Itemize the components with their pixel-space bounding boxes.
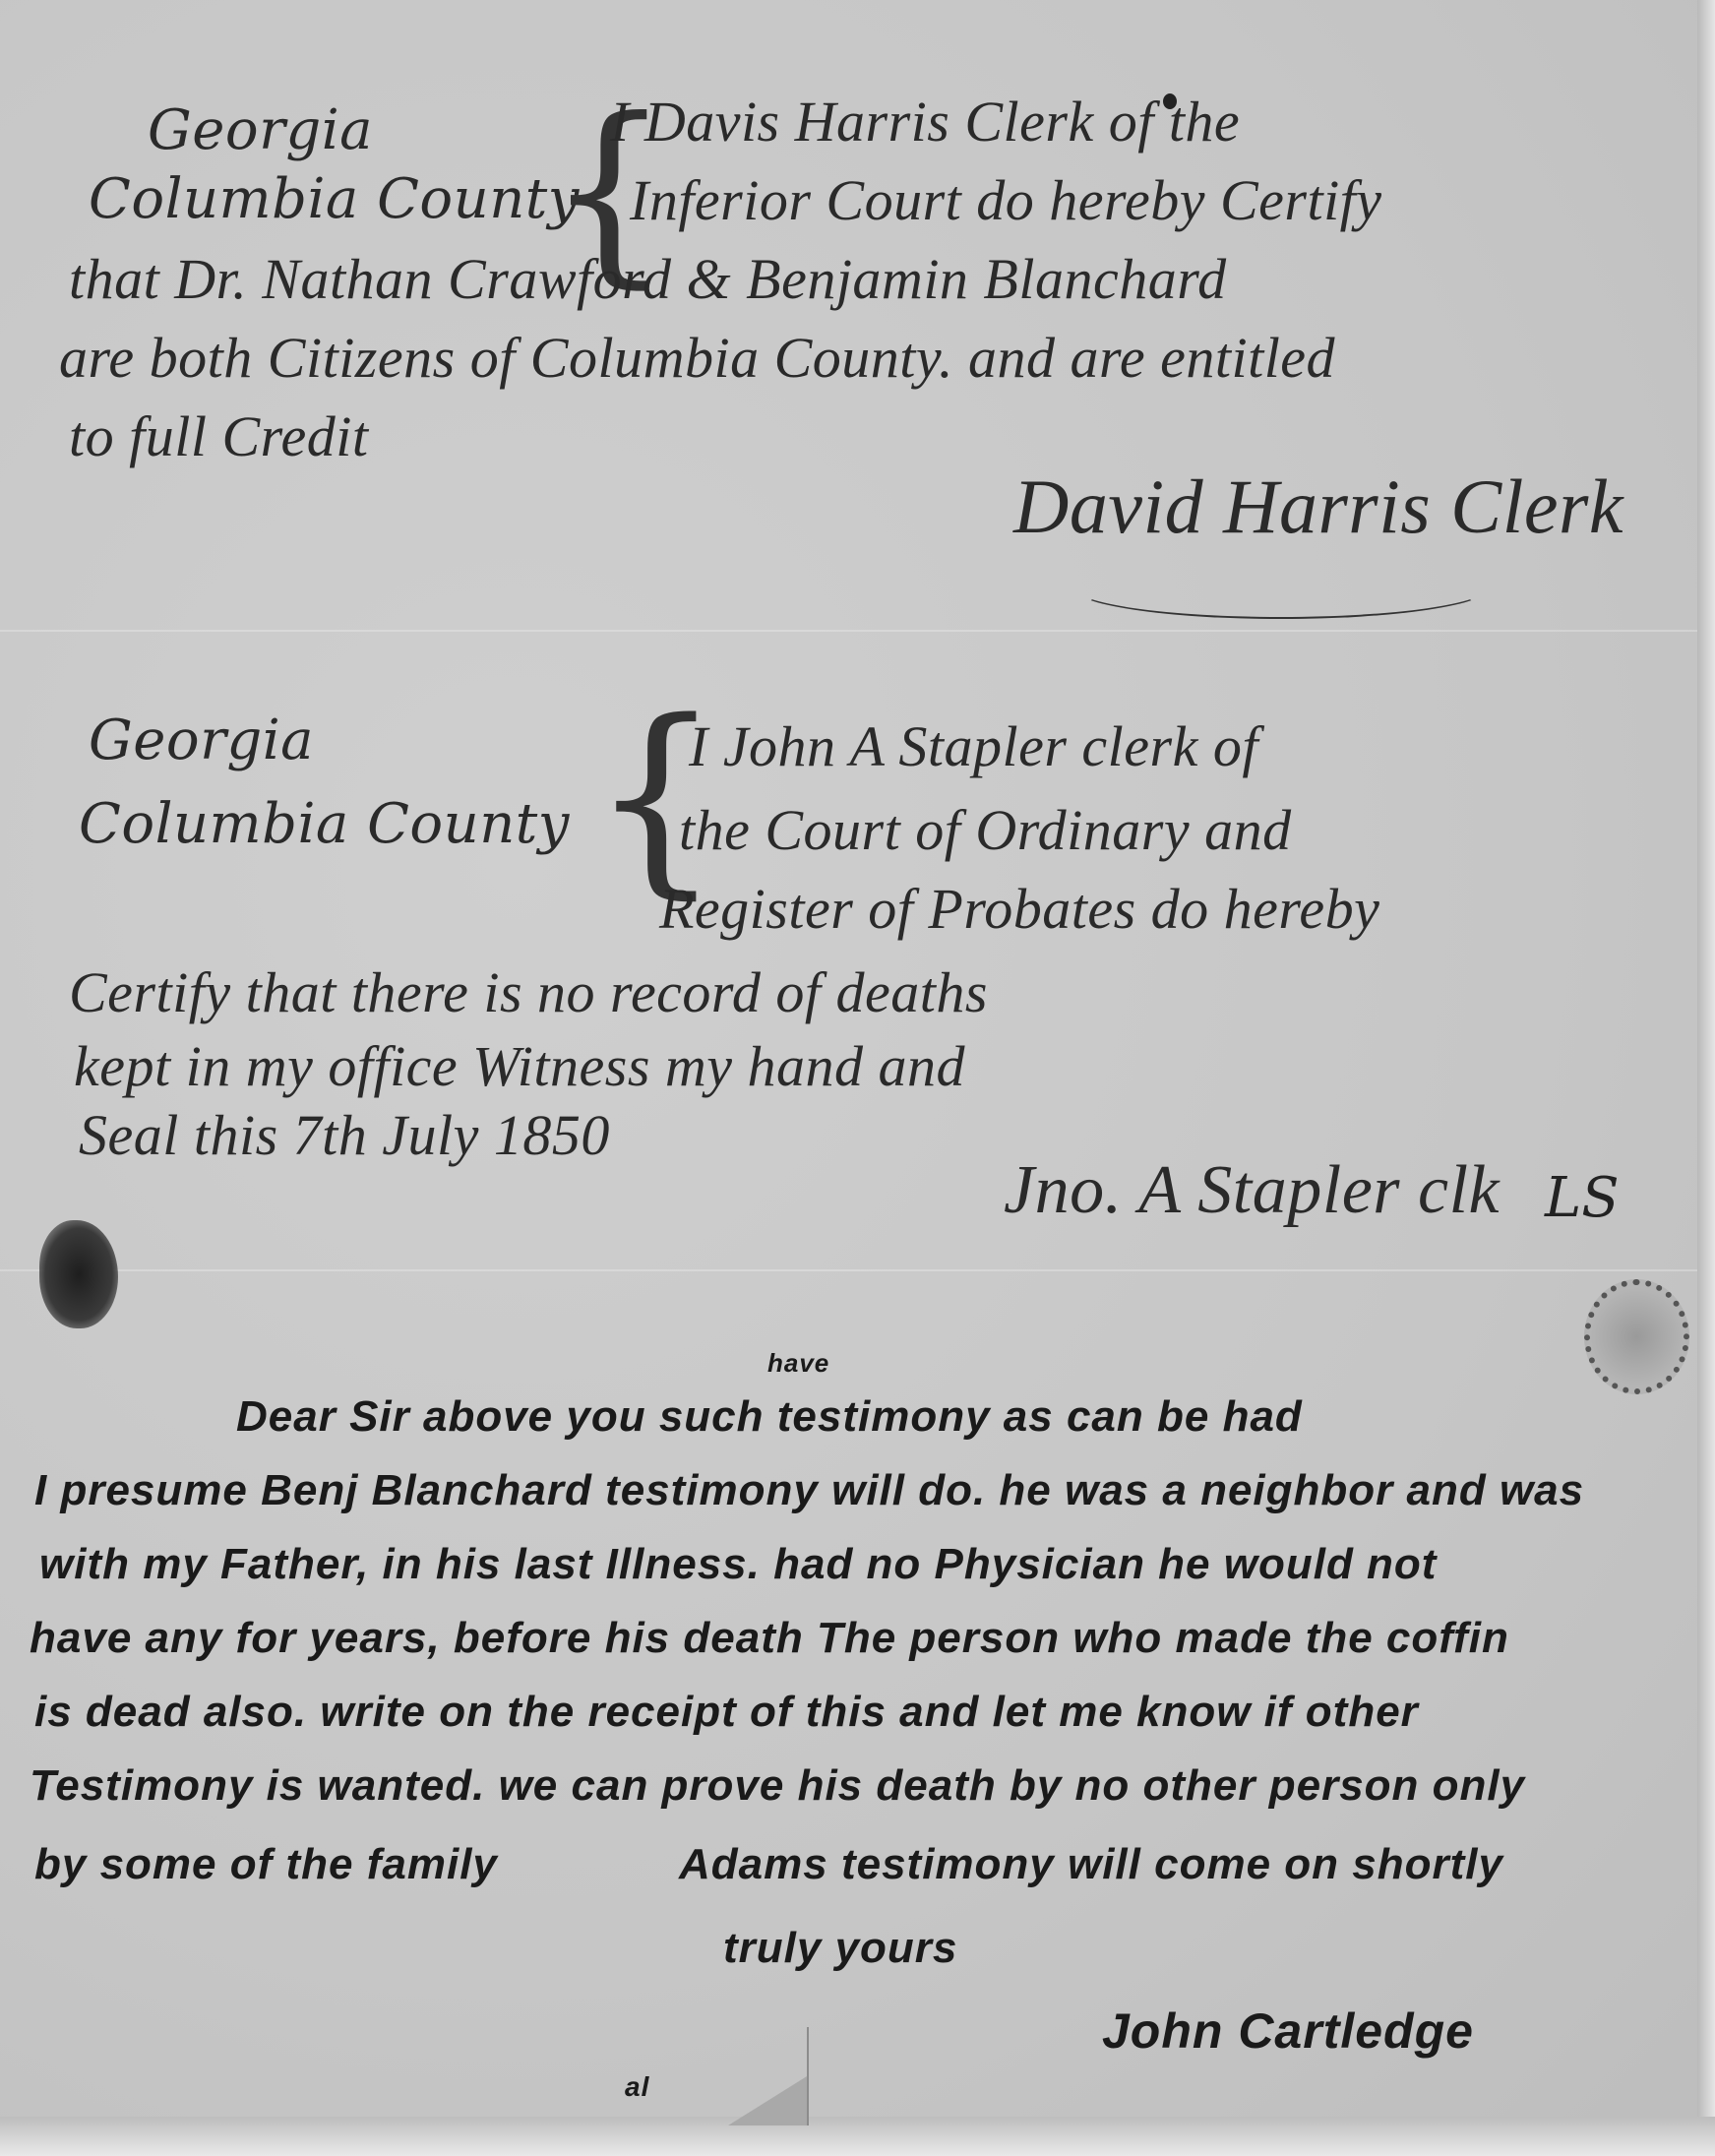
ink-blot (39, 1220, 118, 1328)
cert2-line-1: I John A Stapler clerk of (689, 713, 1258, 779)
seal-mark: LS (1545, 1166, 1620, 1230)
cert1-line-2: Inferior Court do hereby Certify (630, 167, 1382, 233)
paper-stain (1584, 1279, 1689, 1394)
cert2-state: Georgia (89, 708, 314, 772)
letter-line-2: I presume Benj Blanchard testimony will … (34, 1466, 1584, 1515)
cert1-signature: David Harris Clerk (1013, 462, 1623, 551)
cert1-state: Georgia (148, 98, 373, 162)
fold-line (0, 630, 1715, 632)
letter-closing: truly yours (723, 1924, 957, 1973)
letter-line-7: by some of the family (34, 1840, 498, 1889)
letter-signature: John Cartledge (1102, 2002, 1474, 2060)
paper-tear-shadow (728, 2076, 807, 2125)
letter-line-5: is dead also. write on the receipt of th… (34, 1688, 1419, 1737)
letter-line-1: Dear Sir above you such testimony as can… (236, 1392, 1303, 1442)
cert1-line-5: to full Credit (69, 403, 369, 469)
cert1-line-1: I Davis Harris Clerk of the (610, 89, 1240, 154)
cert1-line-4: are both Citizens of Columbia County. an… (59, 325, 1335, 391)
cert2-line-5: kept in my office Witness my hand and (74, 1033, 965, 1099)
fold-line (0, 1269, 1715, 1271)
cert2-county: Columbia County (79, 792, 570, 856)
document-page: Georgia Columbia County { I Davis Harris… (0, 0, 1715, 2156)
page-edge-bottom (0, 2117, 1715, 2156)
cert2-line-4: Certify that there is no record of death… (69, 959, 988, 1025)
letter-line-8: Adams testimony will come on shortly (679, 1840, 1503, 1889)
marginal-mark: al (625, 2071, 649, 2103)
cert1-county: Columbia County (89, 167, 580, 231)
letter-line-3: with my Father, in his last Illness. had… (39, 1540, 1437, 1589)
cert1-line-3: that Dr. Nathan Crawford & Benjamin Blan… (69, 246, 1227, 312)
letter-insertion: have (767, 1348, 829, 1379)
letter-line-6: Testimony is wanted. we can prove his de… (30, 1761, 1525, 1811)
paper-tear (807, 2027, 809, 2125)
page-edge-right (1697, 0, 1715, 2156)
signature-flourish (1072, 556, 1490, 619)
cert2-signature: Jno. A Stapler clk (1004, 1151, 1500, 1230)
cert2-line-6: Seal this 7th July 1850 (79, 1102, 610, 1168)
cert2-line-3: Register of Probates do hereby (659, 876, 1379, 942)
cert2-line-2: the Court of Ordinary and (679, 797, 1292, 863)
letter-line-4: have any for years, before his death The… (30, 1614, 1509, 1663)
